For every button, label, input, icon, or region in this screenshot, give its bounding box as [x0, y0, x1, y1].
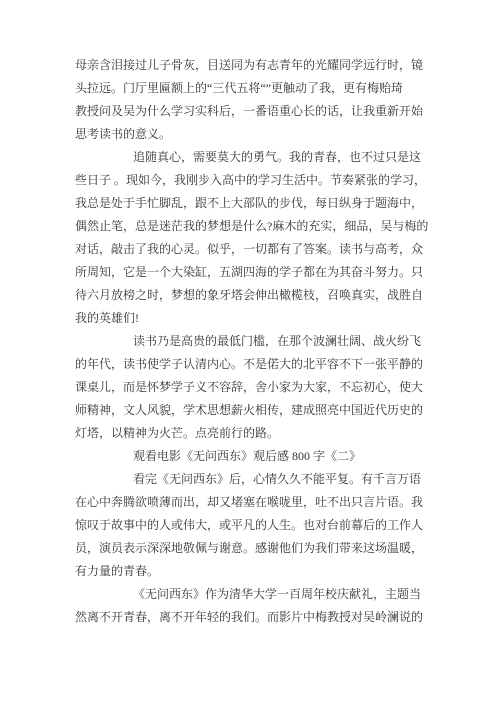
text-line: 师精神，文人风貌，学术思想薪火相传，建成照亮中国近代历史的 [75, 399, 425, 422]
text-line: 思考读书的意义。 [75, 123, 425, 146]
text-line: 头拉远。门厅里匾额上的“三代五将“”更触动了我，更有梅贻琦 [75, 77, 425, 100]
text-line: 我的英雄们! [75, 307, 425, 330]
paragraph: 《无问西东》作为清华大学一百周年校庆献礼，主题当 然离不开青春，离不开年轻的我们… [75, 583, 425, 629]
paragraph: 母亲含泪接过儿子骨灰，目送同为有志青年的光耀同学远行时，镜 头拉远。门厅里匾额上… [75, 54, 425, 146]
text-line: 然离不开青春，离不开年轻的我们。而影片中梅教授对吴岭澜说的 [75, 606, 425, 629]
document-page: 母亲含泪接过儿子骨灰，目送同为有志青年的光耀同学远行时，镜 头拉远。门厅里匾额上… [0, 0, 500, 707]
paragraph: 读书乃是高贵的最低门槛，在那个波澜壮阔、战火纷飞 的年代，读书使学子认清内心。不… [75, 330, 425, 445]
text-line: 《无问西东》作为清华大学一百周年校庆献礼，主题当 [75, 583, 425, 606]
paragraph: 观看电影《无问西东》观后感 800 字《二》 [75, 445, 425, 468]
text-line: 所周知，它是一个大染缸，五湖四海的学子都在为其奋斗努力。只 [75, 261, 425, 284]
text-line: 母亲含泪接过儿子骨灰，目送同为有志青年的光耀同学远行时，镜 [75, 54, 425, 77]
text-line: 在心中奔腾欲喷薄而出，却又堵塞在喉咙里，吐不出只言片语。我 [75, 491, 425, 514]
document-content: 母亲含泪接过儿子骨灰，目送同为有志青年的光耀同学远行时，镜 头拉远。门厅里匾额上… [75, 54, 425, 629]
text-line: 追随真心，需要莫大的勇气。我的青春，也不过只是这 [75, 146, 425, 169]
paragraph: 看完《无问西东》后，心情久久不能平复。有千言万语 在心中奔腾欲喷薄而出，却又堵塞… [75, 468, 425, 583]
text-line: 有力量的青春。 [75, 560, 425, 583]
text-line: 教授问及吴为什么学习实科后，一番语重心长的话，让我重新开始 [75, 100, 425, 123]
text-line: 惊叹于故事中的人或伟大，或平凡的人生。也对台前幕后的工作人 [75, 514, 425, 537]
text-line: 对话，敲击了我的心灵。似乎，一切都有了答案。读书与高考，众 [75, 238, 425, 261]
text-line: 员，演员表示深深地敬佩与谢意。感谢他们为我们带来这场温暖， [75, 537, 425, 560]
text-line: 课桌儿，而是怀梦学子义不容辞，舍小家为大家，不忘初心，使大 [75, 376, 425, 399]
text-line: 灯塔，以精神为火芒。点亮前行的路。 [75, 422, 425, 445]
section-heading: 观看电影《无问西东》观后感 800 字《二》 [75, 445, 425, 468]
text-line: 看完《无问西东》后，心情久久不能平复。有千言万语 [75, 468, 425, 491]
paragraph: 追随真心，需要莫大的勇气。我的青春，也不过只是这 些日子 。现如今，我刚步入高中… [75, 146, 425, 330]
text-line: 偶然止笔，总是迷茫我的梦想是什么?麻木的充实，细品，吴与梅的 [75, 215, 425, 238]
text-line: 我总是处于手忙脚乱，跟不上大部队的步伐，每日纵身于题海中， [75, 192, 425, 215]
text-line: 些日子 。现如今，我刚步入高中的学习生活中。节奏紧张的学习， [75, 169, 425, 192]
text-line: 待六月放榜之时，梦想的象牙塔会伸出橄榄枝，召唤真实，战胜自 [75, 284, 425, 307]
text-line: 读书乃是高贵的最低门槛，在那个波澜壮阔、战火纷飞 [75, 330, 425, 353]
text-line: 的年代，读书使学子认清内心。不是偌大的北平容不下一张平静的 [75, 353, 425, 376]
